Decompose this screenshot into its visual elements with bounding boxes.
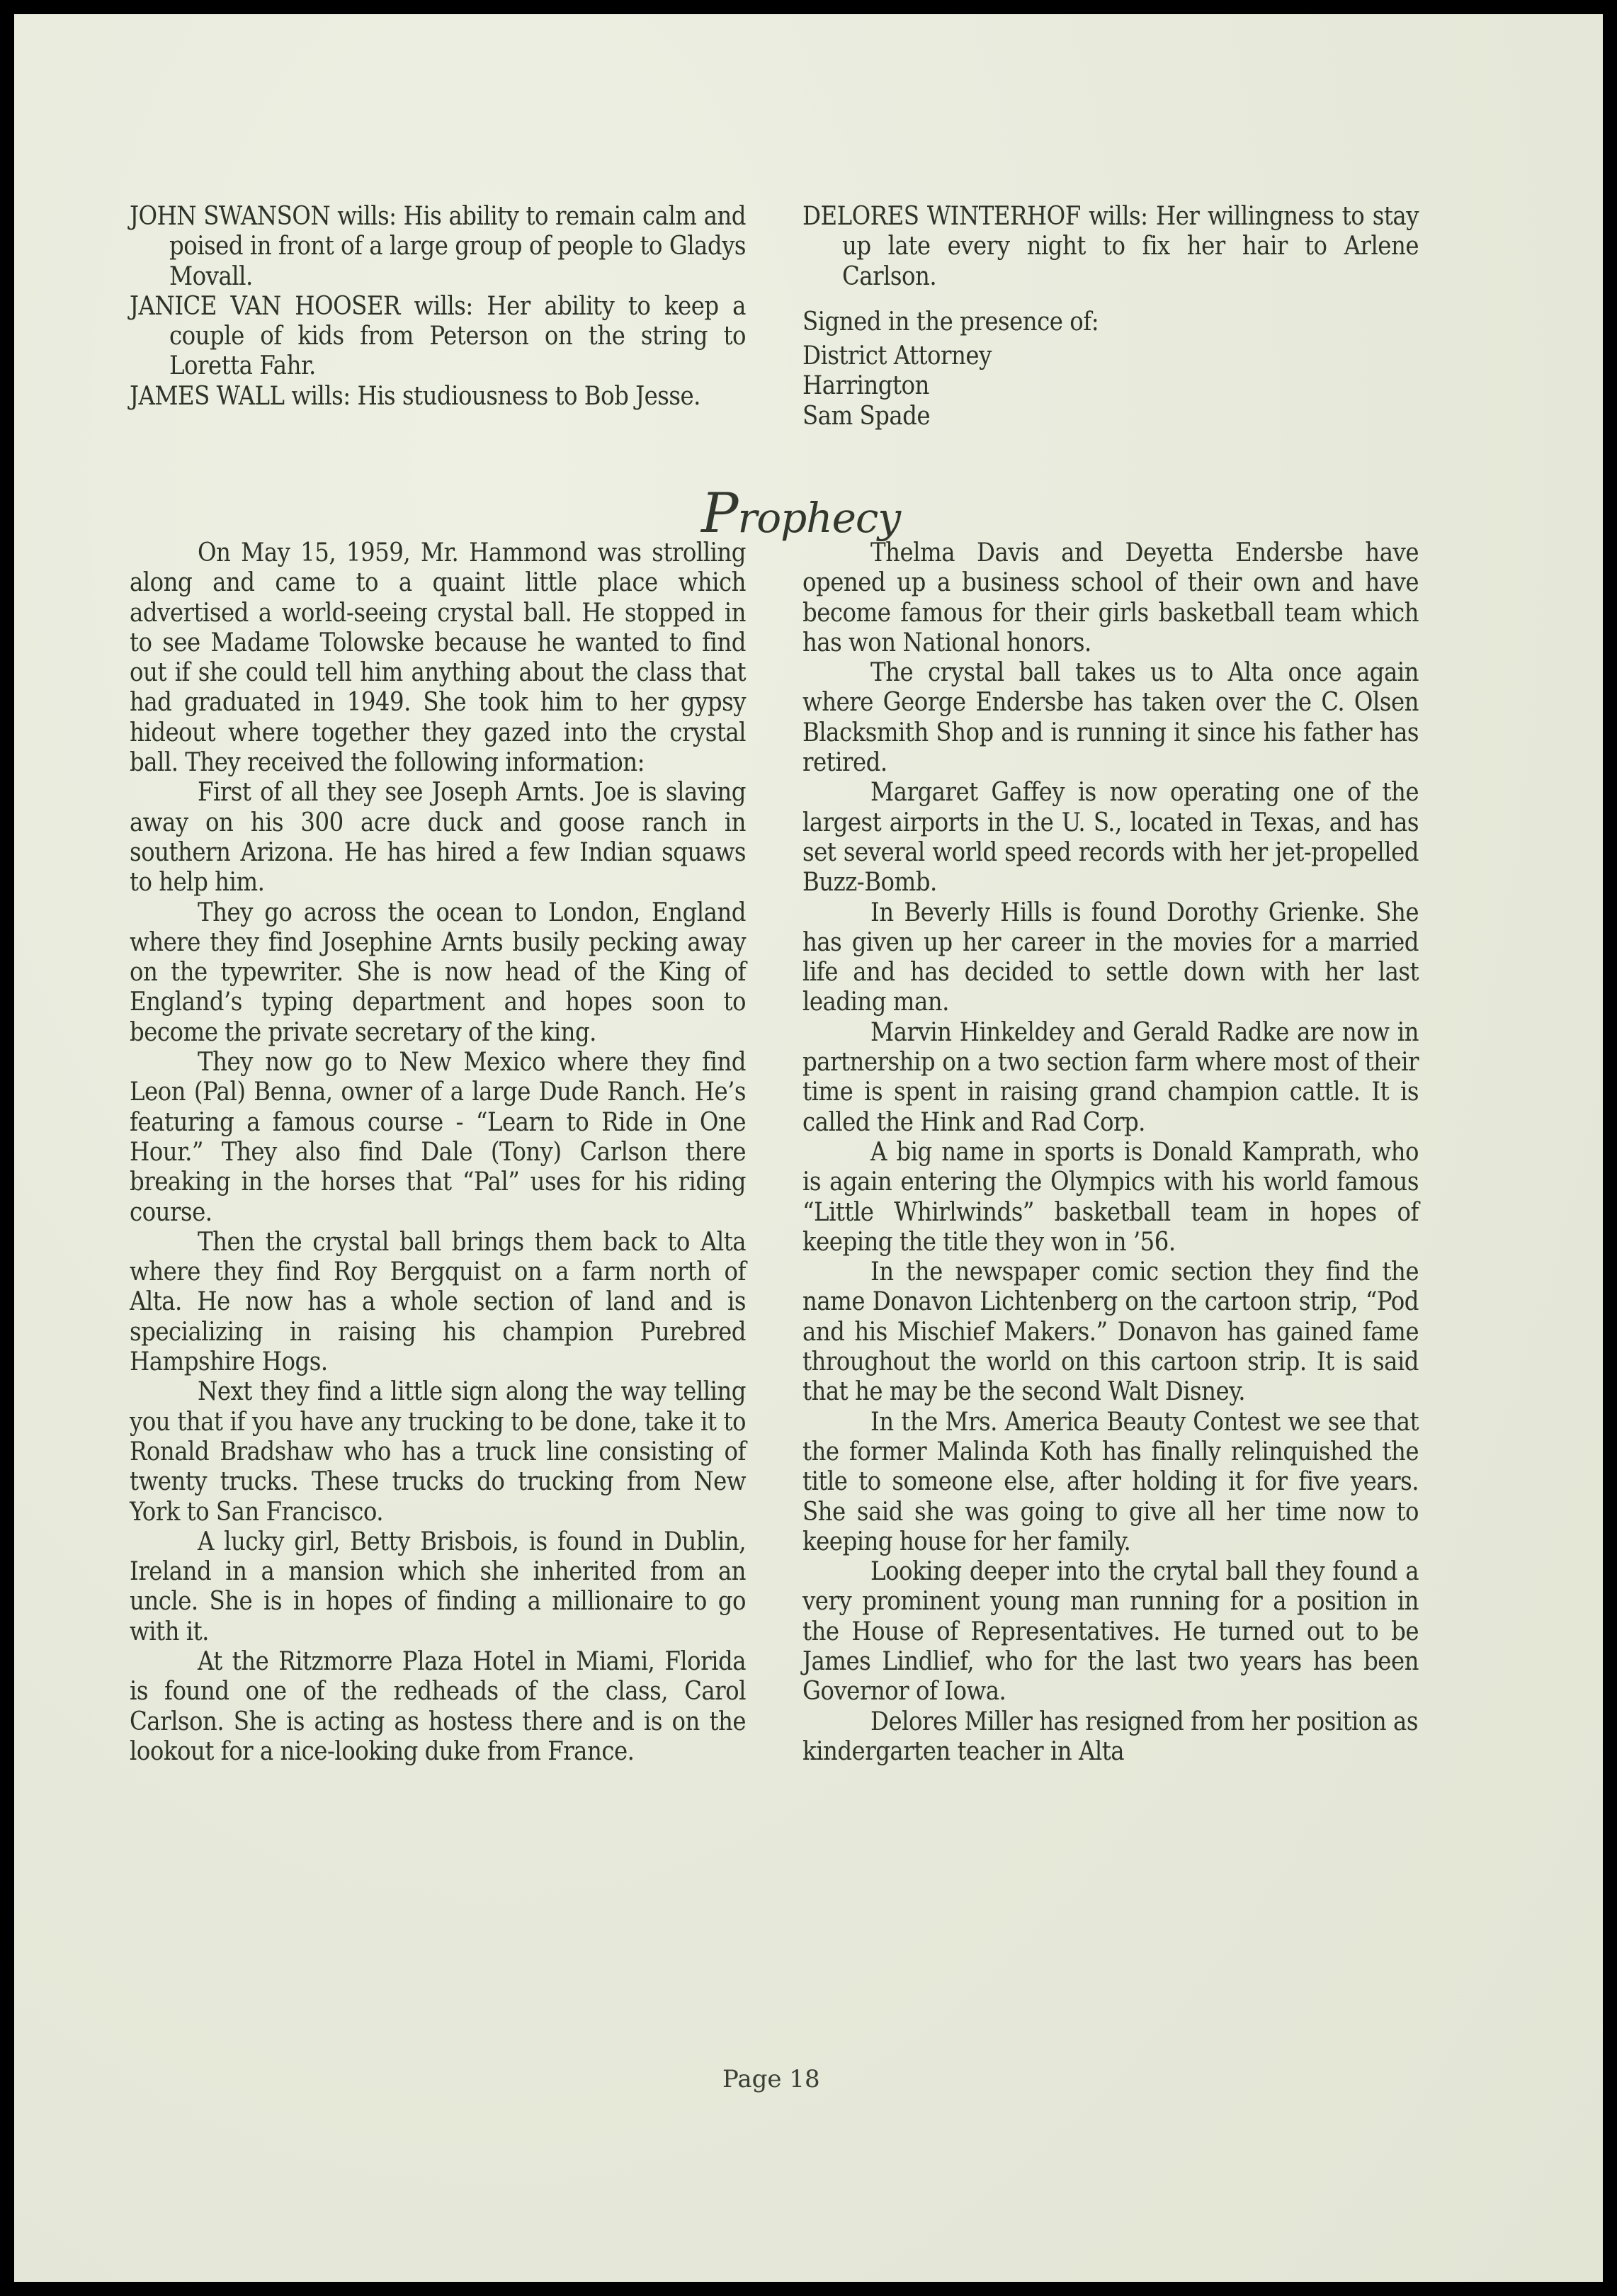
witness: Harrington	[802, 371, 1419, 401]
paragraph: In the newspaper comic section they find…	[802, 1257, 1419, 1407]
prophecy-right-column: Thelma Davis and Deyetta Endersbe have o…	[802, 538, 1419, 1767]
signature-block: Signed in the presence of: District Atto…	[802, 307, 1419, 431]
witness: District Attorney	[802, 341, 1419, 371]
title-initial: P	[701, 482, 737, 545]
paragraph: They go across the ocean to London, Engl…	[130, 898, 746, 1048]
wills-right-column: DELORES WINTERHOF wills: Her willingness…	[802, 202, 1419, 431]
will-entry: JOHN SWANSON wills: His ability to remai…	[130, 202, 746, 292]
paragraph: In the Mrs. America Beauty Contest we se…	[802, 1408, 1419, 1557]
paragraph: Delores Miller has resigned from her pos…	[802, 1707, 1419, 1768]
paragraph: First of all they see Joseph Arnts. Joe …	[130, 778, 746, 898]
paragraph: They now go to New Mexico where they fin…	[130, 1048, 746, 1228]
witness: Sam Spade	[802, 402, 1419, 431]
page-number: Page 18	[722, 2065, 820, 2093]
paragraph: In Beverly Hills is found Dorothy Grienk…	[802, 898, 1419, 1018]
section-title-prophecy: Prophecy	[701, 482, 900, 545]
document-page: JOHN SWANSON wills: His ability to remai…	[14, 14, 1603, 2282]
title-rest: rophecy	[737, 494, 900, 542]
paragraph: Then the crystal ball brings them back t…	[130, 1228, 746, 1377]
will-entry: JANICE VAN HOOSER wills: Her ability to …	[130, 292, 746, 382]
will-entry: JAMES WALL wills: His studiousness to Bo…	[130, 382, 746, 412]
will-entry: DELORES WINTERHOF wills: Her willingness…	[802, 202, 1419, 292]
wills-left-column: JOHN SWANSON wills: His ability to remai…	[130, 202, 746, 412]
paragraph: Marvin Hinkeldey and Gerald Radke are no…	[802, 1018, 1419, 1138]
prophecy-left-column: On May 15, 1959, Mr. Hammond was strolli…	[130, 538, 746, 1767]
paragraph: Thelma Davis and Deyetta Endersbe have o…	[802, 538, 1419, 658]
paragraph: On May 15, 1959, Mr. Hammond was strolli…	[130, 538, 746, 778]
paragraph: A lucky girl, Betty Brisbois, is found i…	[130, 1527, 746, 1647]
paragraph: The crystal ball takes us to Alta once a…	[802, 658, 1419, 778]
signed-label: Signed in the presence of:	[802, 307, 1419, 337]
paragraph: Looking deeper into the crytal ball they…	[802, 1557, 1419, 1707]
paragraph: Margaret Gaffey is now operating one of …	[802, 778, 1419, 898]
paragraph: At the Ritzmorre Plaza Hotel in Miami, F…	[130, 1647, 746, 1767]
paragraph: Next they find a little sign along the w…	[130, 1377, 746, 1527]
paragraph: A big name in sports is Donald Kamprath,…	[802, 1138, 1419, 1257]
